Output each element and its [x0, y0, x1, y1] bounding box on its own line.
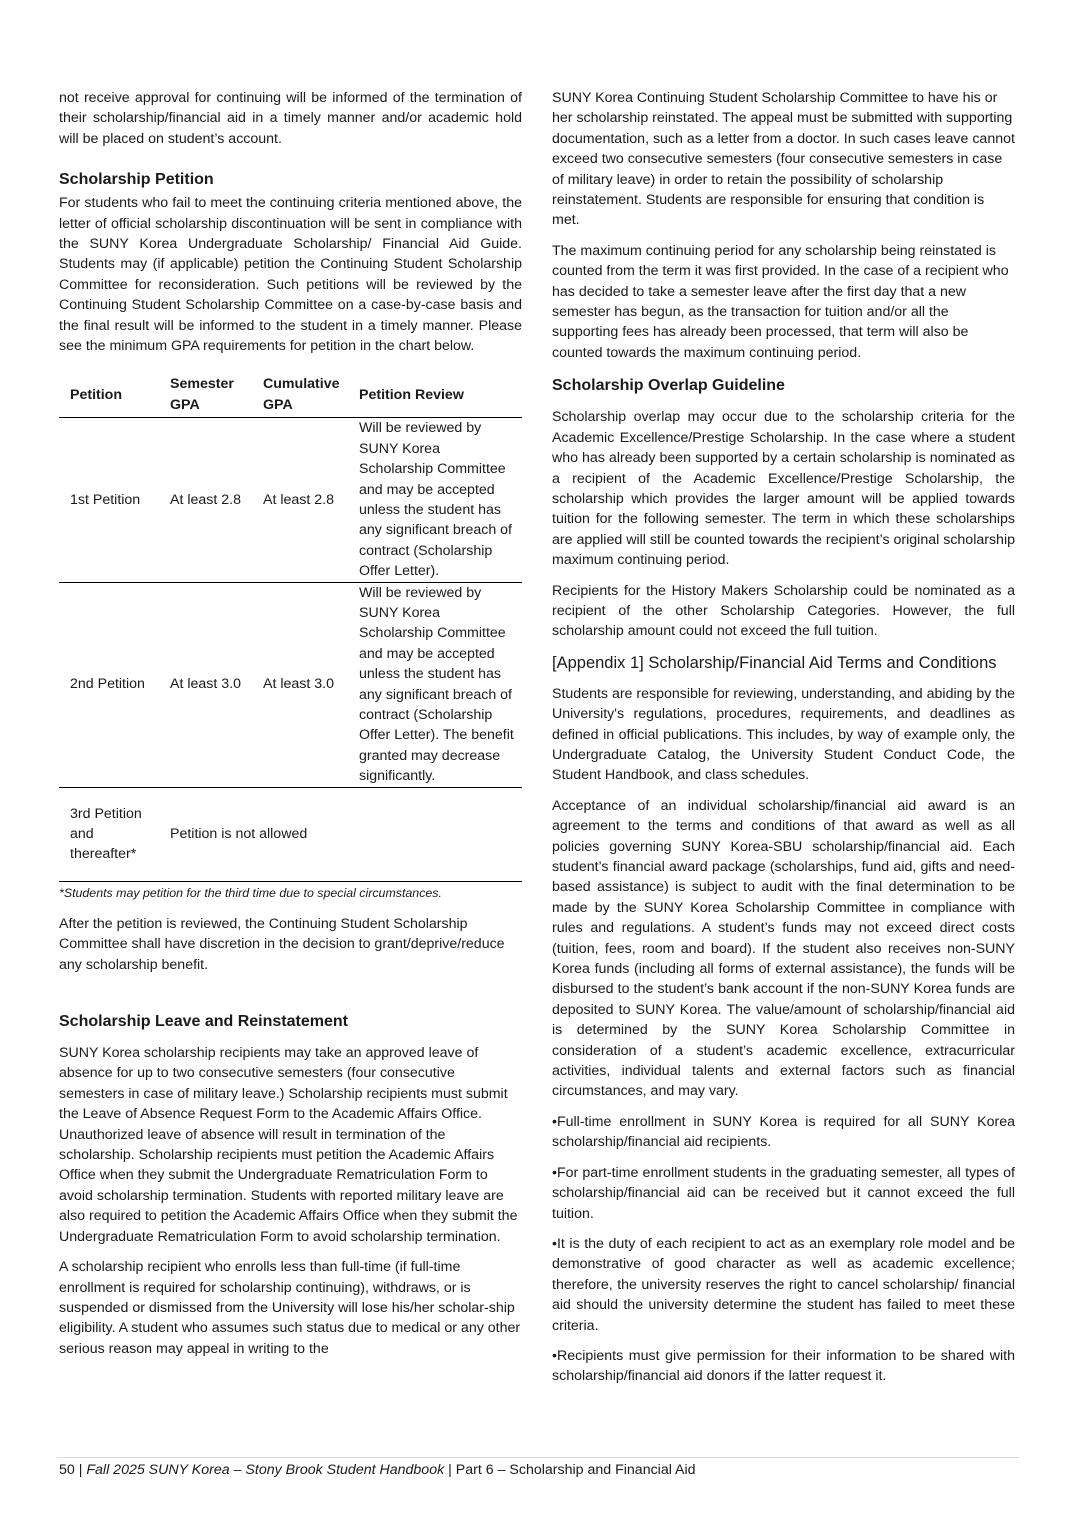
- footer-separator: |: [448, 1462, 452, 1478]
- leave-heading: Scholarship Leave and Reinstatement: [59, 1011, 522, 1033]
- appendix-bullet: •Recipients must give permission for the…: [552, 1346, 1015, 1387]
- cell-cumulative-gpa: At least 2.8: [252, 418, 353, 582]
- petition-table: Petition Semester GPA Cumulative GPA Pet…: [59, 374, 522, 881]
- cell-petition: 1st Petition: [59, 418, 159, 582]
- after-petition-text: After the petition is reviewed, the Cont…: [59, 914, 522, 975]
- cell-petition: 3rd Petition and thereafter*: [59, 787, 159, 881]
- table-row: 2nd Petition At least 3.0 At least 3.0 W…: [59, 582, 522, 787]
- header-semester-gpa: Semester GPA: [159, 374, 252, 417]
- page-number: 50: [59, 1462, 75, 1478]
- leave-paragraph: SUNY Korea scholarship recipients may ta…: [59, 1043, 522, 1247]
- cell-review: Will be reviewed by SUNY Korea Scholarsh…: [353, 418, 522, 582]
- appendix-bullet: •For part-time enrollment students in th…: [552, 1163, 1015, 1224]
- leave-continuation-paragraph: SUNY Korea Continuing Student Scholarshi…: [552, 88, 1015, 231]
- petition-table-header: Petition Semester GPA Cumulative GPA Pet…: [59, 374, 522, 417]
- cell-review: Will be reviewed by SUNY Korea Scholarsh…: [353, 582, 522, 787]
- header-petition-review: Petition Review: [353, 374, 522, 417]
- table-row: 3rd Petition and thereafter* Petition is…: [59, 787, 522, 881]
- appendix-paragraph: Acceptance of an individual scholarship/…: [552, 796, 1015, 1102]
- cell-semester-gpa: At least 2.8: [159, 418, 252, 582]
- table-row: 1st Petition At least 2.8 At least 2.8 W…: [59, 418, 522, 582]
- part-title: Part 6 – Scholarship and Financial Aid: [456, 1462, 696, 1478]
- cell-not-allowed: Petition is not allowed: [159, 787, 522, 881]
- right-column: SUNY Korea Continuing Student Scholarshi…: [552, 88, 1015, 1397]
- handbook-title: Fall 2025 SUNY Korea – Stony Brook Stude…: [86, 1462, 444, 1478]
- table-footnote: *Students may petition for the third tim…: [59, 884, 522, 902]
- overlap-paragraph: Recipients for the History Makers Schola…: [552, 581, 1015, 642]
- header-cumulative-gpa: Cumulative GPA: [252, 374, 353, 417]
- header-petition: Petition: [59, 374, 159, 417]
- footer-divider: [57, 1457, 1019, 1458]
- appendix-bullet: •Full-time enrollment in SUNY Korea is r…: [552, 1112, 1015, 1153]
- intro-continuation: not receive approval for continuing will…: [59, 88, 522, 149]
- leave-paragraph: A scholarship recipient who enrolls less…: [59, 1257, 522, 1359]
- overlap-paragraph: Scholarship overlap may occur due to the…: [552, 407, 1015, 570]
- appendix-heading: [Appendix 1] Scholarship/Financial Aid T…: [552, 652, 1015, 674]
- appendix-paragraph: Students are responsible for reviewing, …: [552, 684, 1015, 786]
- cell-cumulative-gpa: At least 3.0: [252, 582, 353, 787]
- cell-petition: 2nd Petition: [59, 582, 159, 787]
- left-column: not receive approval for continuing will…: [59, 88, 522, 1369]
- page-footer: 50 | Fall 2025 SUNY Korea – Stony Brook …: [59, 1461, 696, 1479]
- petition-heading: Scholarship Petition: [59, 169, 522, 191]
- petition-body: For students who fail to meet the contin…: [59, 193, 522, 356]
- footer-separator: |: [79, 1462, 83, 1478]
- leave-continuation-paragraph: The maximum continuing period for any sc…: [552, 241, 1015, 363]
- cell-semester-gpa: At least 3.0: [159, 582, 252, 787]
- overlap-heading: Scholarship Overlap Guideline: [552, 375, 1015, 397]
- appendix-bullet: •It is the duty of each recipient to act…: [552, 1234, 1015, 1336]
